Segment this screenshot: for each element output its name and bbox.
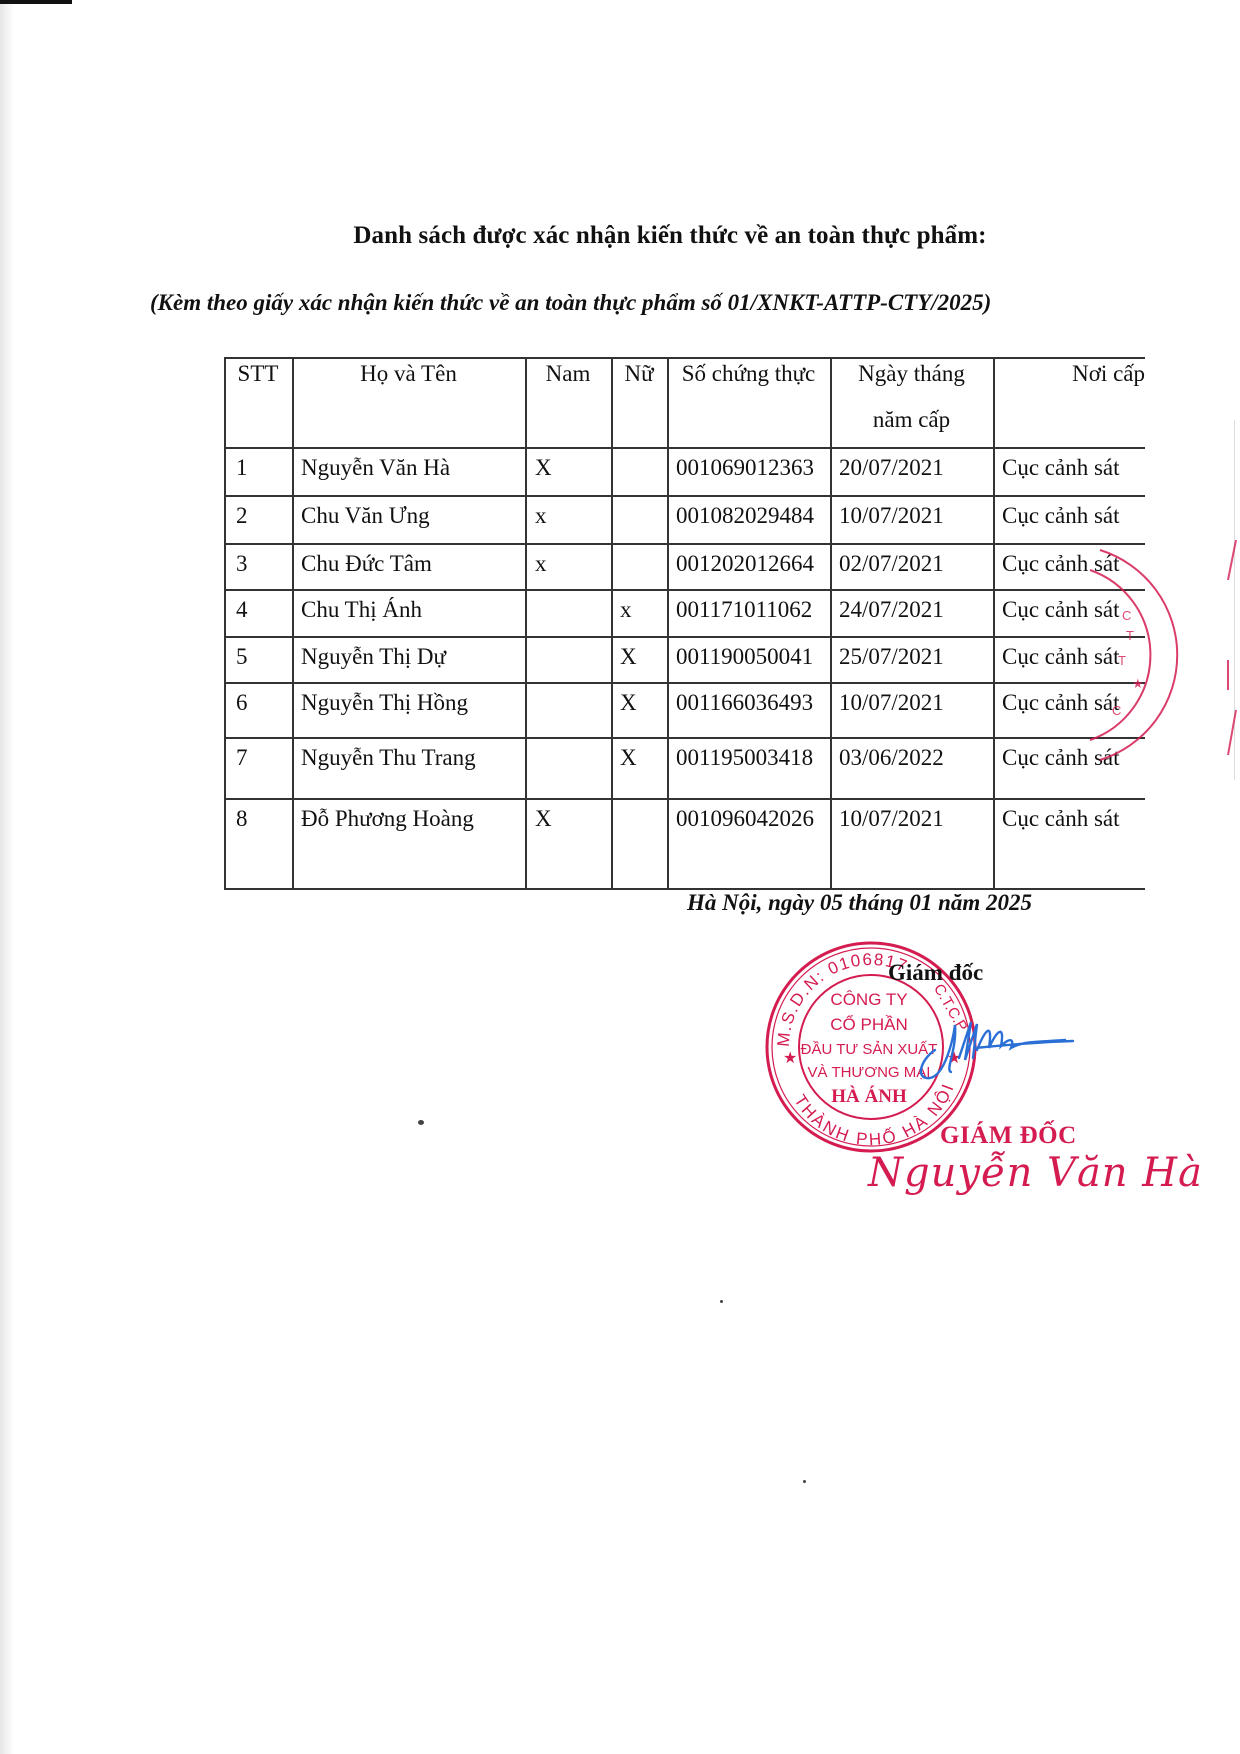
cell-issuer: Cục cảnh sát (1002, 807, 1120, 830)
cell-id-number: 001171011062 (676, 598, 812, 621)
cell-stt: 3 (236, 552, 248, 575)
cell-stt: 5 (236, 645, 248, 668)
cell-name: Chu Thị Ánh (301, 598, 422, 621)
table-column-divider (224, 357, 226, 888)
svg-text:C: C (1112, 703, 1121, 718)
cell-issue-date: 10/07/2021 (839, 807, 944, 830)
cell-issuer: Cục cảnh sát (1002, 504, 1120, 527)
cell-issue-date: 03/06/2022 (839, 746, 944, 769)
cell-name: Nguyễn Thu Trang (301, 746, 476, 769)
cell-male: X (535, 456, 552, 479)
cell-female: X (620, 645, 637, 668)
cell-id-number: 001202012664 (676, 552, 814, 575)
cell-issue-date: 10/07/2021 (839, 504, 944, 527)
cell-name: Đỗ Phương Hoàng (301, 807, 474, 830)
svg-text:T: T (1118, 653, 1126, 668)
svg-text:C: C (1122, 608, 1131, 623)
svg-text:VÀ THƯƠNG MẠI: VÀ THƯƠNG MẠI (808, 1064, 931, 1081)
header-stt: STT (224, 362, 292, 385)
cell-name: Nguyễn Thị Dự (301, 645, 446, 668)
cell-name: Chu Đức Tâm (301, 552, 432, 575)
table-column-divider (993, 357, 995, 888)
table-column-divider (525, 357, 527, 888)
cell-stt: 1 (236, 456, 248, 479)
table-column-divider (830, 357, 832, 888)
header-issue-date-line2: năm cấp (830, 408, 993, 431)
cell-id-number: 001190050041 (676, 645, 813, 668)
header-male: Nam (525, 362, 611, 385)
document-title: Danh sách được xác nhận kiến thức về an … (0, 222, 1240, 250)
table-row-divider (224, 447, 1145, 449)
header-female: Nữ (611, 362, 667, 385)
cell-issue-date: 10/07/2021 (839, 691, 944, 714)
table-row-divider (224, 682, 1145, 684)
cell-issue-date: 02/07/2021 (839, 552, 944, 575)
cell-issue-date: 20/07/2021 (839, 456, 944, 479)
table-row-divider (224, 495, 1145, 497)
svg-text:★: ★ (783, 1050, 797, 1067)
cell-name: Nguyễn Thị Hồng (301, 691, 468, 714)
cell-male: x (535, 552, 547, 575)
table-column-divider (611, 357, 613, 888)
document-subtitle: (Kèm theo giấy xác nhận kiến thức về an … (150, 290, 1080, 316)
cell-issue-date: 24/07/2021 (839, 598, 944, 621)
table-column-divider (667, 357, 669, 888)
svg-text:T: T (1126, 628, 1134, 643)
header-id-number: Số chứng thực (667, 362, 830, 385)
table-row-divider (224, 798, 1145, 800)
table-row-divider (224, 589, 1145, 591)
table-row-divider (224, 543, 1145, 545)
table-row-divider (224, 636, 1145, 638)
cell-female: X (620, 746, 637, 769)
scan-speck (720, 1300, 723, 1303)
scan-speck (418, 1120, 424, 1125)
scan-shadow (0, 0, 14, 1754)
cell-male: x (535, 504, 547, 527)
signer-title: Giám đốc (888, 960, 983, 986)
svg-text:HÀ ÁNH: HÀ ÁNH (831, 1085, 907, 1107)
table-row-divider (224, 357, 1145, 359)
scan-edge-artifact (0, 0, 72, 4)
header-issuer: Nơi cấp (993, 362, 1145, 385)
cell-id-number: 001195003418 (676, 746, 813, 769)
header-issue-date: Ngày tháng (830, 362, 993, 385)
cell-male: X (535, 807, 552, 830)
svg-text:CỔ PHẦN: CỔ PHẦN (830, 1015, 907, 1034)
place-date: Hà Nội, ngày 05 tháng 01 năm 2025 (687, 890, 1032, 916)
cell-name: Chu Văn Ưng (301, 504, 430, 527)
table-row-divider (224, 737, 1145, 739)
cell-female: x (620, 598, 632, 621)
cell-stt: 2 (236, 504, 248, 527)
header-name: Họ và Tên (292, 362, 525, 385)
cell-stt: 6 (236, 691, 248, 714)
cell-id-number: 001069012363 (676, 456, 814, 479)
cell-id-number: 001166036493 (676, 691, 813, 714)
cell-stt: 4 (236, 598, 248, 621)
handwritten-signature (915, 1010, 1075, 1085)
cell-id-number: 001082029484 (676, 504, 814, 527)
cell-issuer: Cục cảnh sát (1002, 456, 1120, 479)
svg-text:★: ★ (1132, 676, 1144, 691)
svg-text:CÔNG TY: CÔNG TY (830, 990, 907, 1009)
cell-name: Nguyễn Văn Hà (301, 456, 450, 479)
scan-speck (803, 1480, 806, 1483)
cell-female: X (620, 691, 637, 714)
table-column-divider (292, 357, 294, 888)
partial-stamp-overlay: CT T★C (1060, 540, 1240, 770)
cell-stt: 8 (236, 807, 248, 830)
cell-stt: 7 (236, 746, 248, 769)
cell-issue-date: 25/07/2021 (839, 645, 944, 668)
cell-id-number: 001096042026 (676, 807, 814, 830)
